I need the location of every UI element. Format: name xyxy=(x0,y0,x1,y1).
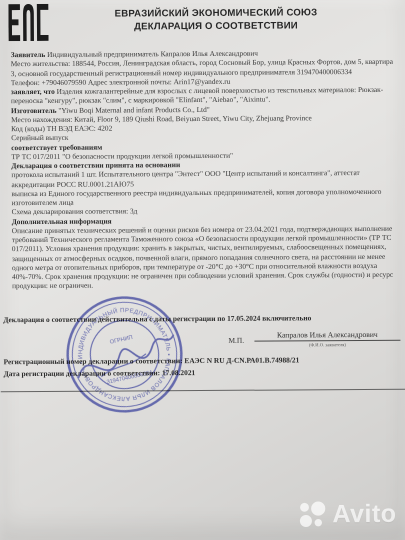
applicant-label: Заявитель xyxy=(11,50,46,59)
manufacturer-text: "Yiwu Boqi Maternal and infant Products … xyxy=(58,104,209,114)
avito-logo-icon xyxy=(297,499,327,529)
registration-number-value: ЕАЭС N RU Д-CN.РА01.В.74988/21 xyxy=(184,355,299,365)
paragraph-address: Место жительства: 188544, Россия, Ленинг… xyxy=(11,57,395,78)
signature-block: Капралов Илья Александрович (Ф.И.О. заяв… xyxy=(254,330,400,348)
paragraph-declares: заявляет, что Изделия кожгалантерейные д… xyxy=(11,85,395,106)
declares-text: Изделия кожгалантерейные для взрослых с … xyxy=(11,85,383,106)
document-page: ЕВРАЗИЙСКИЙ ЭКОНОМИЧЕСКИЙ СОЮЗ ДЕКЛАРАЦИ… xyxy=(0,0,405,540)
manufacturer-label: Изготовитель xyxy=(11,105,57,114)
header-declaration-title: ДЕКЛАРАЦИЯ О СООТВЕТСТВИИ xyxy=(32,19,399,34)
avito-brand-text: Avito xyxy=(332,499,396,528)
document-photo: ЕВРАЗИЙСКИЙ ЭКОНОМИЧЕСКИЙ СОЮЗ ДЕКЛАРАЦИ… xyxy=(0,0,405,540)
stamp-center-line2: 319470400006334 xyxy=(106,370,153,386)
round-stamp-icon: • ИНДИВИДУАЛЬНЫЙ ПРЕДПРИНИМАТЕЛЬ • КАПРА… xyxy=(51,281,199,429)
stamp-center-line1: ОГРНИП xyxy=(109,335,133,346)
bottom-divider xyxy=(1,389,405,392)
paragraph-basis-protocol: протокола испытаний 1 шт. Испытательного… xyxy=(11,168,395,189)
paragraph-basis-registry: выписка из Единого государственного реес… xyxy=(12,187,396,208)
seal-place-label: М.П. xyxy=(228,336,244,345)
paragraph-additional-info: Описание принятых технических решений и … xyxy=(12,224,396,291)
avito-watermark: Avito xyxy=(297,499,396,530)
document-body: Заявитель Индивидуальный предприниматель… xyxy=(11,48,396,291)
signatory-name: Капралов Илья Александрович xyxy=(254,330,400,342)
signatory-caption: (Ф.И.О. заявителя) xyxy=(254,342,400,348)
declares-label: заявляет, что xyxy=(11,87,55,96)
document-header: ЕВРАЗИЙСКИЙ ЭКОНОМИЧЕСКИЙ СОЮЗ ДЕКЛАРАЦИ… xyxy=(32,6,399,34)
